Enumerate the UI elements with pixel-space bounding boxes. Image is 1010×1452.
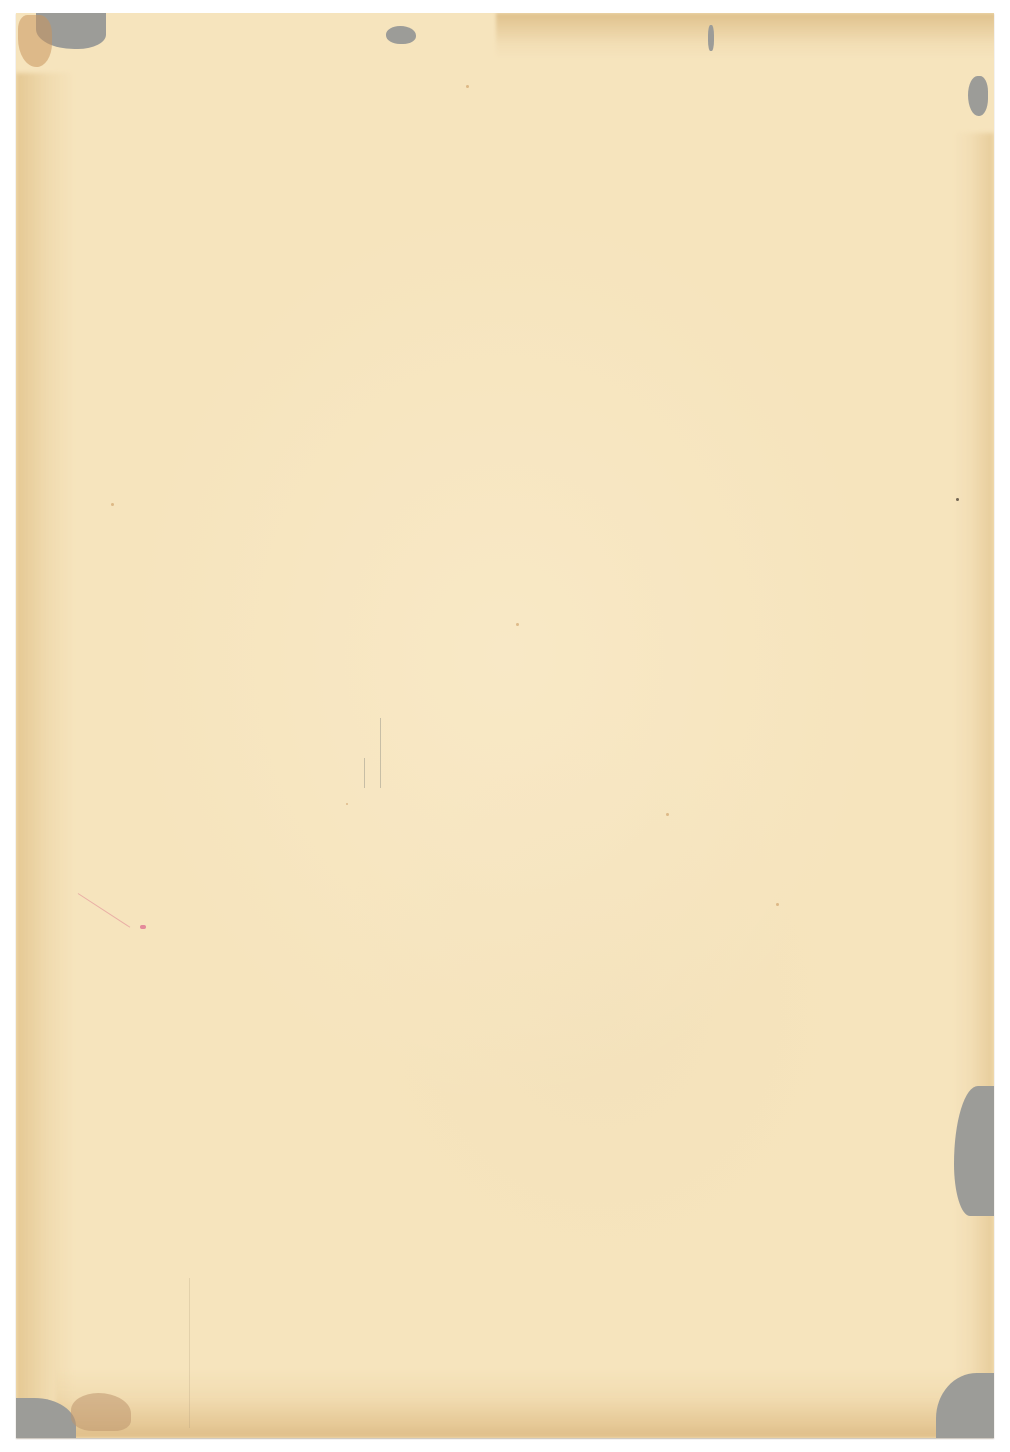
stain-bottom-left	[71, 1393, 131, 1431]
paper-tone	[16, 13, 994, 1438]
speck	[956, 498, 959, 501]
damage-top-center	[386, 26, 416, 44]
crease	[364, 758, 365, 788]
aged-paper-sheet	[16, 13, 994, 1438]
speck	[666, 813, 669, 816]
crease	[380, 718, 381, 788]
crease	[189, 1278, 190, 1428]
stain-top-left	[18, 15, 52, 67]
speck	[776, 903, 779, 906]
damage-right-upper	[968, 76, 988, 116]
speck	[111, 503, 114, 506]
speck	[466, 85, 469, 88]
speck	[516, 623, 519, 626]
damage-top-fragment	[708, 25, 714, 51]
speck	[346, 803, 348, 805]
pink-mark	[140, 925, 146, 929]
